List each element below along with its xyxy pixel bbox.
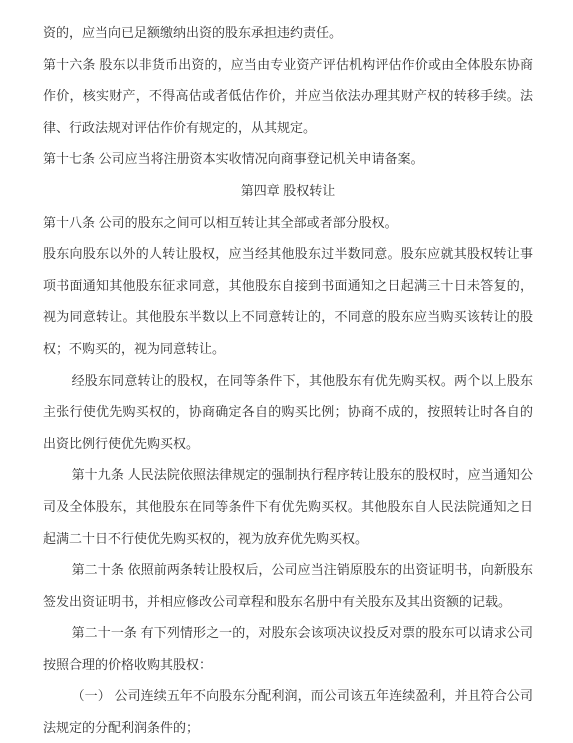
paragraph: 股东向股东以外的人转让股权，应当经其他股东过半数同意。股东应就其股权转让事项书面… [43, 238, 533, 364]
document-page: 资的，应当向已足额缴纳出资的股东承担违约责任。第十六条 股东以非货币出资的，应当… [0, 0, 573, 743]
paragraph: 第二十一条 有下列情形之一的，对股东会该项决议投反对票的股东可以请求公司按照合理… [43, 617, 533, 680]
paragraph: 经股东同意转让的股权，在同等条件下，其他股东有优先购买权。两个以上股东主张行使优… [43, 365, 533, 460]
paragraph: 第二十条 依照前两条转让股权后，公司应当注销原股东的出资证明书，向新股东签发出资… [43, 554, 533, 617]
paragraph: 第十六条 股东以非货币出资的，应当由专业资产评估机构评估作价或由全体股东协商作价… [43, 49, 533, 144]
paragraph: 第十八条 公司的股东之间可以相互转让其全部或者部分股权。 [43, 207, 533, 239]
paragraph: 第十七条 公司应当将注册资本实收情况向商事登记机关申请备案。 [43, 143, 533, 175]
paragraph: （一） 公司连续五年不向股东分配利润，而公司该五年连续盈利，并且符合公司法规定的… [43, 680, 533, 743]
chapter-heading: 第四章 股权转让 [43, 175, 533, 207]
document-body: 资的，应当向已足额缴纳出资的股东承担违约责任。第十六条 股东以非货币出资的，应当… [43, 17, 533, 743]
paragraph: 第十九条 人民法院依照法律规定的强制执行程序转让股东的股权时，应当通知公司及全体… [43, 459, 533, 554]
paragraph: 资的，应当向已足额缴纳出资的股东承担违约责任。 [43, 17, 533, 49]
